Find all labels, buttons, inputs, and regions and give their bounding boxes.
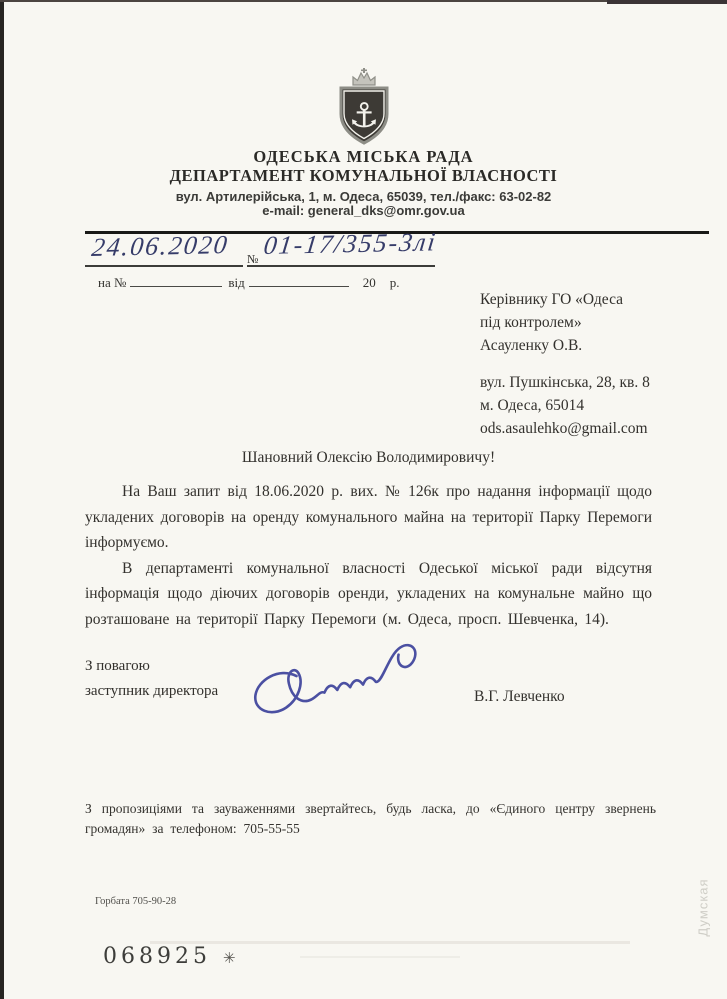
date-underline bbox=[85, 265, 243, 267]
r-label: р. bbox=[390, 275, 400, 290]
closing-phrase: З повагою bbox=[85, 658, 150, 675]
scan-smudge bbox=[300, 956, 460, 958]
anchor-icon: ⚓ bbox=[348, 96, 378, 136]
footer-contact-note: З пропозиціями та зауваженнями звертайте… bbox=[85, 799, 656, 838]
salutation: Шановний Олексію Володимировичу! bbox=[85, 449, 652, 467]
year-prefix: 20 bbox=[363, 275, 376, 290]
department-name: ДЕПАРТАМЕНТ КОМУНАЛЬНОЇ ВЛАСНОСТІ bbox=[0, 166, 727, 186]
vid-label: від bbox=[228, 275, 244, 290]
scan-edge-top-right bbox=[607, 0, 727, 4]
scanned-letter-page: ⚓ ОДЕСЬКА МІСЬКА РАДА ДЕПАРТАМЕНТ КОМУНА… bbox=[0, 0, 727, 999]
crest-cross-h bbox=[361, 70, 367, 72]
source-watermark: Думская bbox=[696, 868, 711, 948]
na-no-label: на № bbox=[98, 275, 126, 290]
recipient-line: Асауленку О.В. bbox=[480, 334, 715, 357]
recipient-email: ods.asaulehko@gmail.com bbox=[480, 417, 715, 440]
recipient-address-line: м. Одеса, 65014 bbox=[480, 394, 715, 417]
handwritten-date: 24.06.2020 bbox=[90, 230, 231, 263]
stamp-star-icon: ✳ bbox=[223, 949, 236, 967]
recipient-gap bbox=[480, 357, 715, 371]
recipient-line: під контролем» bbox=[480, 311, 715, 334]
stamp-number: 068925 bbox=[103, 944, 211, 969]
signer-name: В.Г. Левченко bbox=[474, 688, 565, 706]
org-name: ОДЕСЬКА МІСЬКА РАДА bbox=[0, 147, 727, 167]
org-address: вул. Артилерійська, 1, м. Одеса, 65039, … bbox=[0, 189, 727, 204]
odesa-anchor-crest-icon: ⚓ bbox=[0, 68, 727, 150]
body-paragraph-1: На Ваш запит від 18.06.2020 р. вих. № 12… bbox=[85, 479, 652, 556]
crest-crown bbox=[353, 73, 375, 85]
recipient-line: Керівнику ГО «Одеса bbox=[480, 288, 715, 311]
recipient-block: Керівнику ГО «Одеса під контролем» Асаул… bbox=[480, 288, 715, 440]
reply-reference-line: на №від20р. bbox=[98, 274, 400, 291]
signature-stroke bbox=[253, 645, 418, 713]
executor-info: Горбата 705-90-28 bbox=[95, 896, 176, 907]
body-paragraph-2: В департаменті комунальної власності Оде… bbox=[85, 556, 652, 633]
letter-body: На Ваш запит від 18.06.2020 р. вих. № 12… bbox=[85, 479, 652, 632]
registration-stamp: 068925✳ bbox=[103, 944, 236, 969]
signer-title: заступник директора bbox=[85, 683, 218, 700]
handwritten-signature bbox=[240, 643, 470, 730]
reply-number-blank bbox=[130, 274, 222, 287]
recipient-address-line: вул. Пушкінська, 28, кв. 8 bbox=[480, 371, 715, 394]
org-email: e-mail: general_dks@omr.gov.ua bbox=[0, 203, 727, 218]
handwritten-number: 01-17/355-3лі bbox=[262, 227, 439, 261]
reply-date-blank bbox=[249, 274, 349, 287]
number-underline bbox=[247, 265, 435, 267]
signature-svg bbox=[238, 637, 472, 731]
crest-svg: ⚓ bbox=[330, 68, 398, 150]
